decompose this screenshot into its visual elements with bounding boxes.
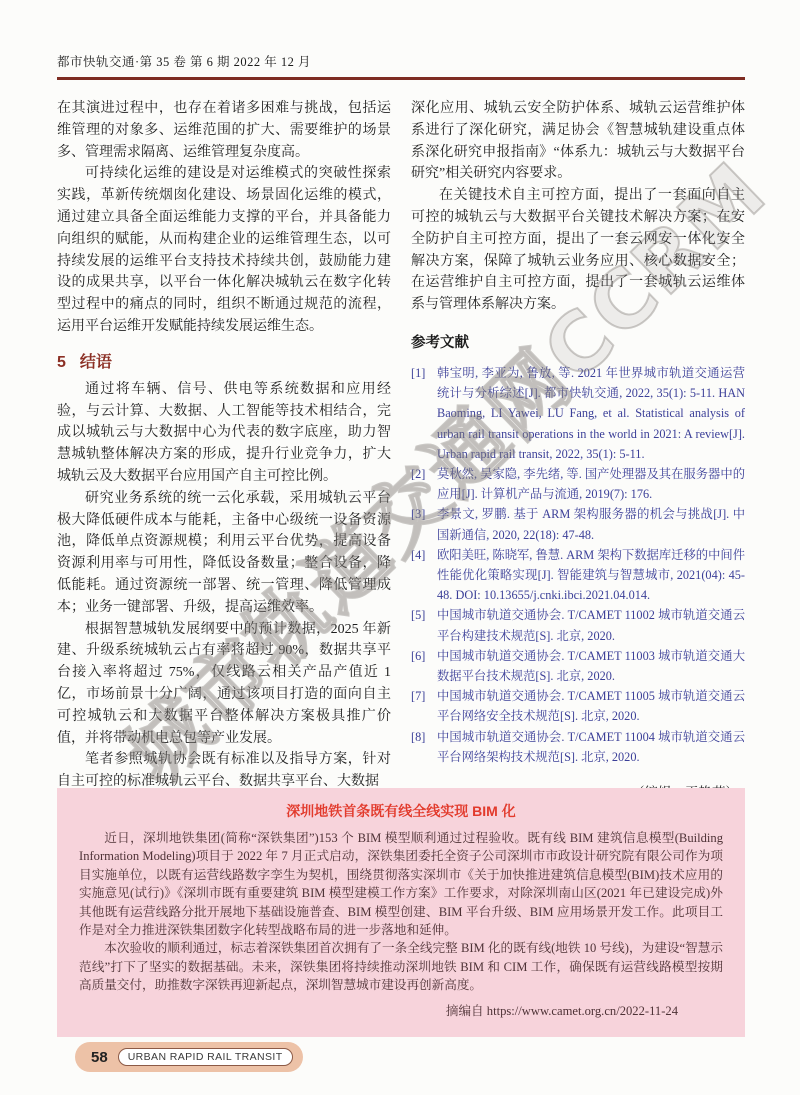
journal-header-text: 都市快轨交通·第 35 卷 第 6 期 2022 年 12 月 — [57, 52, 311, 70]
reference-item: [1]韩宝明, 李亚为, 鲁放, 等. 2021 年世界城市轨道交通运营统计与分… — [411, 363, 745, 464]
body-paragraph: 在关键技术自主可控方面，提出了一套面向自主可控的城轨云与大数据平台关键技术解决方… — [411, 185, 745, 316]
body-paragraph: 根据智慧城轨发展纲要中的预计数据，2025 年新建、升级系统城轨云占有率将超过 … — [57, 619, 391, 750]
reference-item: [6]中国城市轨道交通协会. T/CAMET 11003 城市轨道交通大数据平台… — [411, 646, 745, 686]
reference-number: [1] — [411, 363, 437, 464]
news-title: 深圳地铁首条既有线全线实现 BIM 化 — [79, 801, 723, 821]
reference-text: 中国城市轨道交通协会. T/CAMET 11002 城市轨道交通云平台构建技术规… — [437, 605, 745, 645]
news-box: 深圳地铁首条既有线全线实现 BIM 化 近日，深圳地铁集团(简称“深铁集团”)1… — [57, 788, 745, 1037]
reference-item: [7]中国城市轨道交通协会. T/CAMET 11005 城市轨道交通云平台网络… — [411, 686, 745, 726]
reference-item: [4]欧阳美旺, 陈晓军, 鲁慧. ARM 架构下数据库迁移的中间件性能优化策略… — [411, 545, 745, 606]
header-rule — [57, 77, 745, 80]
reference-text: 李景文, 罗鹏. 基于 ARM 架构服务器的机会与挑战[J]. 中国新通信, 2… — [437, 504, 745, 544]
section-number: 5 — [57, 354, 66, 371]
page-footer: 58 URBAN RAPID RAIL TRANSIT — [75, 1042, 303, 1072]
reference-text: 中国城市轨道交通协会. T/CAMET 11005 城市轨道交通云平台网络安全技… — [437, 686, 745, 726]
reference-item: [3]李景文, 罗鹏. 基于 ARM 架构服务器的机会与挑战[J]. 中国新通信… — [411, 504, 745, 544]
reference-text: 中国城市轨道交通协会. T/CAMET 11003 城市轨道交通大数据平台技术规… — [437, 646, 745, 686]
page-number: 58 — [91, 1049, 108, 1066]
body-paragraph: 在其演进过程中，也存在着诸多困难与挑战，包括运维管理的对象多、运维范围的扩大、需… — [57, 98, 391, 163]
news-paragraph: 近日，深圳地铁集团(简称“深铁集团”)153 个 BIM 模型顺利通过过程验收。… — [79, 829, 723, 939]
body-paragraph: 可持续化运维的建设是对运维模式的突破性探索实践，革新传统烟囱化建设、场景固化运维… — [57, 163, 391, 337]
reference-number: [4] — [411, 545, 437, 606]
body-paragraph: 深化应用、城轨云安全防护体系、城轨云运营维护体系进行了深化研究，满足协会《智慧城… — [411, 98, 745, 185]
reference-text: 莫秋然, 吴家隐, 李先绪, 等. 国产处理器及其在服务器中的应用[J]. 计算… — [437, 464, 745, 504]
journal-name-english: URBAN RAPID RAIL TRANSIT — [118, 1048, 293, 1066]
right-column: 深化应用、城轨云安全防护体系、城轨云运营维护体系进行了深化研究，满足协会《智慧城… — [411, 98, 745, 801]
reference-number: [5] — [411, 605, 437, 645]
reference-number: [3] — [411, 504, 437, 544]
reference-number: [7] — [411, 686, 437, 726]
journal-page: 都市快轨交通·第 35 卷 第 6 期 2022 年 12 月 在其演进过程中，… — [0, 0, 800, 1095]
body-paragraph: 研究业务系统的统一云化承载，采用城轨云平台极大降低硬件成本与能耗，主备中心级统一… — [57, 488, 391, 619]
footer-pill: 58 URBAN RAPID RAIL TRANSIT — [75, 1042, 303, 1072]
reference-item: [2]莫秋然, 吴家隐, 李先绪, 等. 国产处理器及其在服务器中的应用[J].… — [411, 464, 745, 504]
reference-number: [8] — [411, 727, 437, 767]
reference-text: 欧阳美旺, 陈晓军, 鲁慧. ARM 架构下数据库迁移的中间件性能优化策略实现[… — [437, 545, 745, 606]
body-paragraph: 笔者参照城轨协会既有标准以及指导方案，针对自主可控的标准城轨云平台、数据共享平台… — [57, 749, 391, 793]
reference-text: 韩宝明, 李亚为, 鲁放, 等. 2021 年世界城市轨道交通运营统计与分析综述… — [437, 363, 745, 464]
news-source-url: 摘编自 https://www.camet.org.cn/2022-11-24 — [79, 1000, 723, 1019]
left-column: 在其演进过程中，也存在着诸多困难与挑战，包括运维管理的对象多、运维范围的扩大、需… — [57, 98, 391, 793]
references-heading: 参考文献 — [411, 331, 745, 352]
news-paragraph: 本次验收的顺利通过，标志着深铁集团首次拥有了一条全线完整 BIM 化的既有线(地… — [79, 939, 723, 994]
reference-item: [5]中国城市轨道交通协会. T/CAMET 11002 城市轨道交通云平台构建… — [411, 605, 745, 645]
reference-number: [2] — [411, 464, 437, 504]
reference-number: [6] — [411, 646, 437, 686]
reference-text: 中国城市轨道交通协会. T/CAMET 11004 城市轨道交通云平台网络架构技… — [437, 727, 745, 767]
body-paragraph: 通过将车辆、信号、供电等系统数据和应用经验，与云计算、大数据、人工智能等技术相结… — [57, 379, 391, 488]
section-title: 结语 — [80, 354, 112, 371]
reference-item: [8]中国城市轨道交通协会. T/CAMET 11004 城市轨道交通云平台网络… — [411, 727, 745, 767]
section-heading-conclusion: 5结语 — [57, 349, 391, 372]
